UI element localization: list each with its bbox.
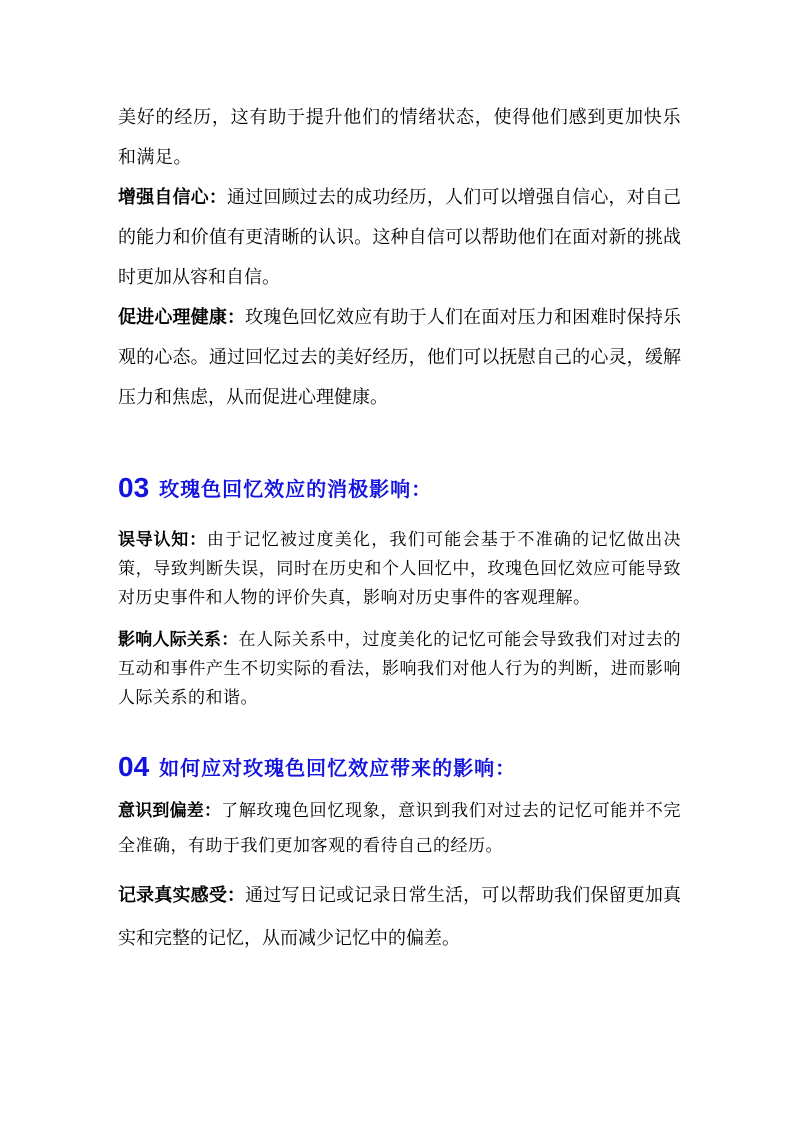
section-heading-negative-effects: 03玫瑰色回忆效应的消极影响： (118, 472, 681, 506)
section-number-04: 04 (118, 751, 149, 782)
paragraph-interpersonal-relations: 影响人际关系：在人际关系中，过度美化的记忆可能会导致我们对过去的互动和事件产生不… (118, 625, 681, 712)
document-page: 美好的经历，这有助于提升他们的情绪状态，使得他们感到更加快乐和满足。 增强自信心… (0, 0, 793, 1122)
section-heading-coping: 04如何应对玫瑰色回忆效应带来的影响： (118, 751, 681, 785)
paragraph-mental-health: 促进心理健康：玫瑰色回忆效应有助于人们在面对压力和困难时保持乐观的心态。通过回忆… (118, 297, 681, 417)
paragraph-awareness-of-bias: 意识到偏差：了解玫瑰色回忆现象，意识到我们对过去的记忆可能并不完全准确，有助于我… (118, 793, 681, 863)
section-title-coping: 如何应对玫瑰色回忆效应带来的影响： (159, 758, 516, 780)
paragraph-label-record-real-feelings: 记录真实感受： (118, 885, 245, 905)
paragraph-record-real-feelings: 记录真实感受：通过写日记或记录日常生活，可以帮助我们保留更加真实和完整的记忆，从… (118, 874, 681, 960)
paragraph-intro-continuation: 美好的经历，这有助于提升他们的情绪状态，使得他们感到更加快乐和满足。 (118, 97, 681, 177)
paragraph-label-awareness-of-bias: 意识到偏差： (118, 801, 221, 820)
paragraph-misleading-cognition: 误导认知：由于记忆被过度美化，我们可能会基于不准确的记忆做出决策，导致判断失误，… (118, 525, 681, 612)
paragraph-label-boost-confidence: 增强自信心： (118, 187, 227, 207)
paragraph-boost-confidence: 增强自信心：通过回顾过去的成功经历，人们可以增强自信心，对自己的能力和价值有更清… (118, 177, 681, 297)
paragraph-label-interpersonal-relations: 影响人际关系： (118, 630, 238, 649)
section-title-negative-effects: 玫瑰色回忆效应的消极影响： (159, 479, 432, 501)
paragraph-label-mental-health: 促进心理健康： (118, 307, 245, 327)
section-number-03: 03 (118, 472, 149, 503)
paragraph-label-misleading-cognition: 误导认知： (118, 530, 207, 549)
